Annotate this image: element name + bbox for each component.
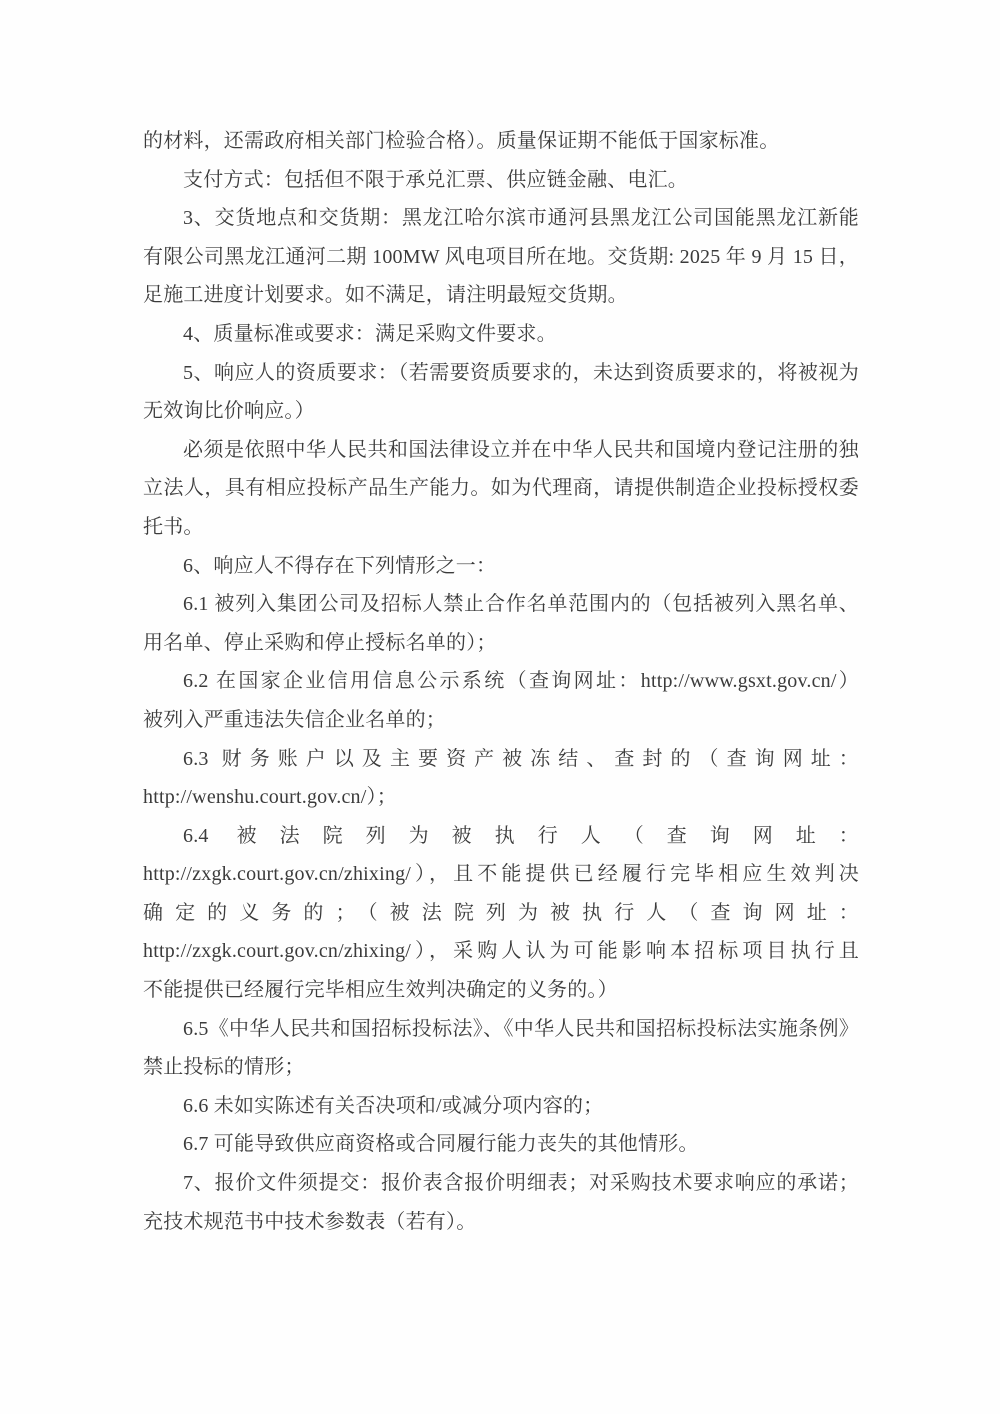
text-line: 6.3 财务账户以及主要资产被冻结、查封的（查询网址： (143, 740, 859, 779)
text-line: 立法人，具有相应投标产品生产能力。如为代理商，请提供制造企业投标授权委 (143, 469, 859, 508)
text-line: 用名单、停止采购和停止授标名单的）； (143, 624, 859, 663)
text-line: 6.5《中华人民共和国招标投标法》、《中华人民共和国招标投标法实施条例》 (143, 1010, 859, 1049)
text-line: http://wenshu.court.gov.cn/）； (143, 778, 859, 817)
text-line: 6.2 在国家企业信用信息公示系统（查询网址：http://www.gsxt.g… (143, 662, 859, 701)
text-line: 的材料，还需政府相关部门检验合格）。质量保证期不能低于国家标准。 (143, 122, 859, 161)
document-text-block: 的材料，还需政府相关部门检验合格）。质量保证期不能低于国家标准。 支付方式：包括… (143, 122, 859, 1241)
text-line: http://zxgk.court.gov.cn/zhixing/），且不能提供… (143, 855, 859, 894)
text-line: 确定的义务的；（被法院列为被执行人（查询网址： (143, 894, 859, 933)
text-line: 无效询比价响应。） (143, 392, 859, 431)
text-line: 6、响应人不得存在下列情形之一： (143, 547, 859, 586)
text-line: 7、报价文件须提交：报价表含报价明细表；对采购技术要求响应的承诺；补 (143, 1164, 859, 1203)
text-line: 不能提供已经履行完毕相应生效判决确定的义务的。） (143, 971, 859, 1010)
text-line: 足施工进度计划要求。如不满足，请注明最短交货期。 (143, 276, 859, 315)
text-line: 有限公司黑龙江通河二期 100MW 风电项目所在地。交货期: 2025 年 9 … (143, 238, 859, 277)
text-line: 充技术规范书中技术参数表（若有）。 (143, 1203, 859, 1242)
text-line: 必须是依照中华人民共和国法律设立并在中华人民共和国境内登记注册的独 (143, 431, 859, 470)
text-line: 被列入严重违法失信企业名单的； (143, 701, 859, 740)
document-page: 的材料，还需政府相关部门检验合格）。质量保证期不能低于国家标准。 支付方式：包括… (0, 0, 1000, 1414)
text-line: 6.7 可能导致供应商资格或合同履行能力丧失的其他情形。 (143, 1125, 859, 1164)
text-line: 3、交货地点和交货期：黑龙江哈尔滨市通河县黑龙江公司国能黑龙江新能源 (143, 199, 859, 238)
text-line: 支付方式：包括但不限于承兑汇票、供应链金融、电汇。 (143, 161, 859, 200)
text-line: http://zxgk.court.gov.cn/zhixing/），采购人认为… (143, 932, 859, 971)
text-line: 4、质量标准或要求：满足采购文件要求。 (143, 315, 859, 354)
text-line: 禁止投标的情形； (143, 1048, 859, 1087)
text-line: 6.6 未如实陈述有关否决项和/或减分项内容的； (143, 1087, 859, 1126)
text-line: 6.1 被列入集团公司及招标人禁止合作名单范围内的（包括被列入黑名单、慎 (143, 585, 859, 624)
text-line: 6.4 被法院列为被执行人（查询网址： (143, 817, 859, 856)
text-line: 托书。 (143, 508, 859, 547)
text-line: 5、响应人的资质要求：（若需要资质要求的，未达到资质要求的，将被视为 (143, 354, 859, 393)
